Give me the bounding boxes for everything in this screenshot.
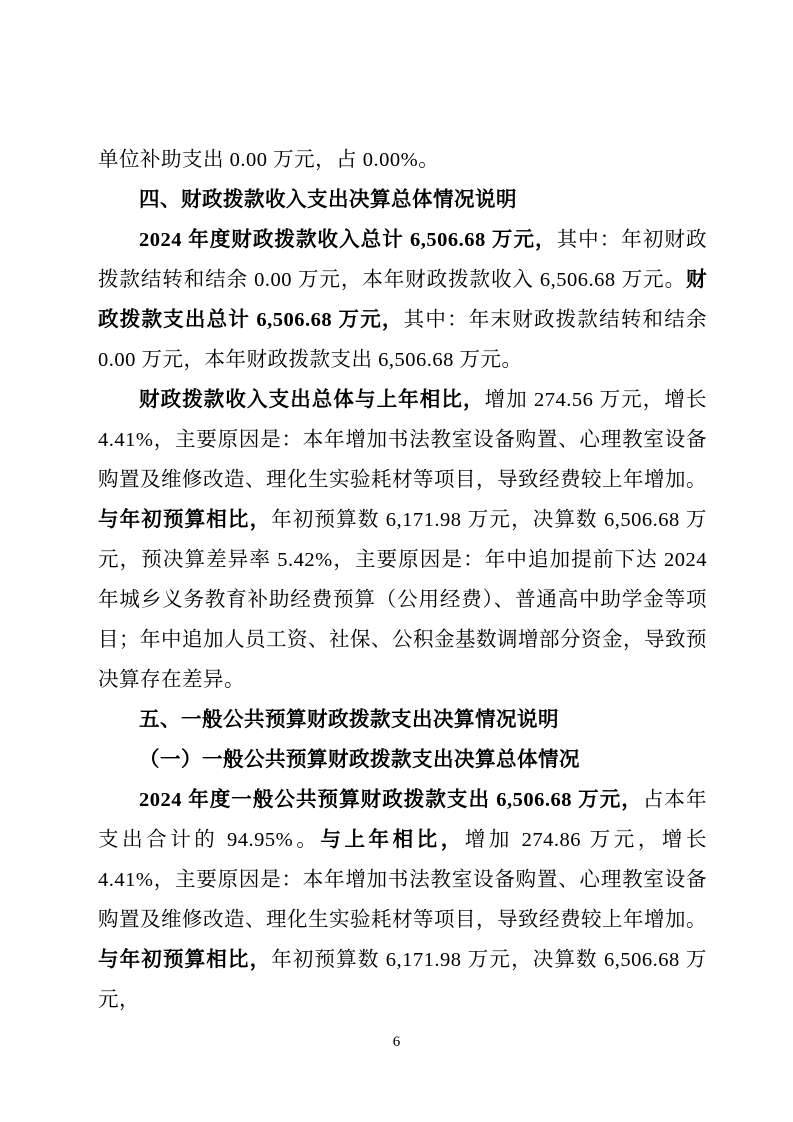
text-run: 与上年相比， [320, 829, 464, 851]
text-run: 2024 年度一般公共预算财政拨款支出 6,506.68 万元， [139, 789, 643, 811]
text-run: 五、一般公共预算财政拨款支出决算情况说明 [139, 708, 559, 731]
text-run: 单位补助支出 0.00 万元，占 0.00%。 [98, 149, 439, 171]
text-run: 年初预算数 6,171.98 万元，决算数 6,506.68 万元，预决算差异率… [98, 509, 707, 691]
section-heading1: 五、一般公共预算财政拨款支出决算情况说明 [98, 700, 707, 740]
section-heading1: 四、财政拨款收入支出决算总体情况说明 [98, 180, 707, 220]
paragraph: 2024 年度一般公共预算财政拨款支出 6,506.68 万元，占本年支出合计的… [98, 780, 707, 1020]
document-page: 单位补助支出 0.00 万元，占 0.00%。四、财政拨款收入支出决算总体情况说… [0, 0, 793, 1122]
text-run: 与年初预算相比， [98, 949, 271, 971]
paragraph: 财政拨款收入支出总体与上年相比，增加 274.56 万元，增长 4.41%，主要… [98, 380, 707, 700]
text-run: 2024 年度财政拨款收入总计 6,506.68 万元， [139, 229, 557, 251]
section-heading2: （一）一般公共预算财政拨款支出决算总体情况 [98, 740, 707, 780]
paragraph: 单位补助支出 0.00 万元，占 0.00%。 [98, 140, 707, 180]
paragraph: 2024 年度财政拨款收入总计 6,506.68 万元，其中：年初财政拨款结转和… [98, 220, 707, 380]
text-run: 与年初预算相比， [98, 509, 271, 531]
text-run: （一）一般公共预算财政拨款支出决算总体情况 [139, 749, 580, 771]
text-run: 财政拨款收入支出总体与上年相比， [139, 389, 485, 411]
text-run: 四、财政拨款收入支出决算总体情况说明 [139, 188, 517, 211]
document-content: 单位补助支出 0.00 万元，占 0.00%。四、财政拨款收入支出决算总体情况说… [98, 140, 707, 1020]
page-footer: 6 [0, 1033, 793, 1051]
page-number: 6 [393, 1034, 401, 1050]
